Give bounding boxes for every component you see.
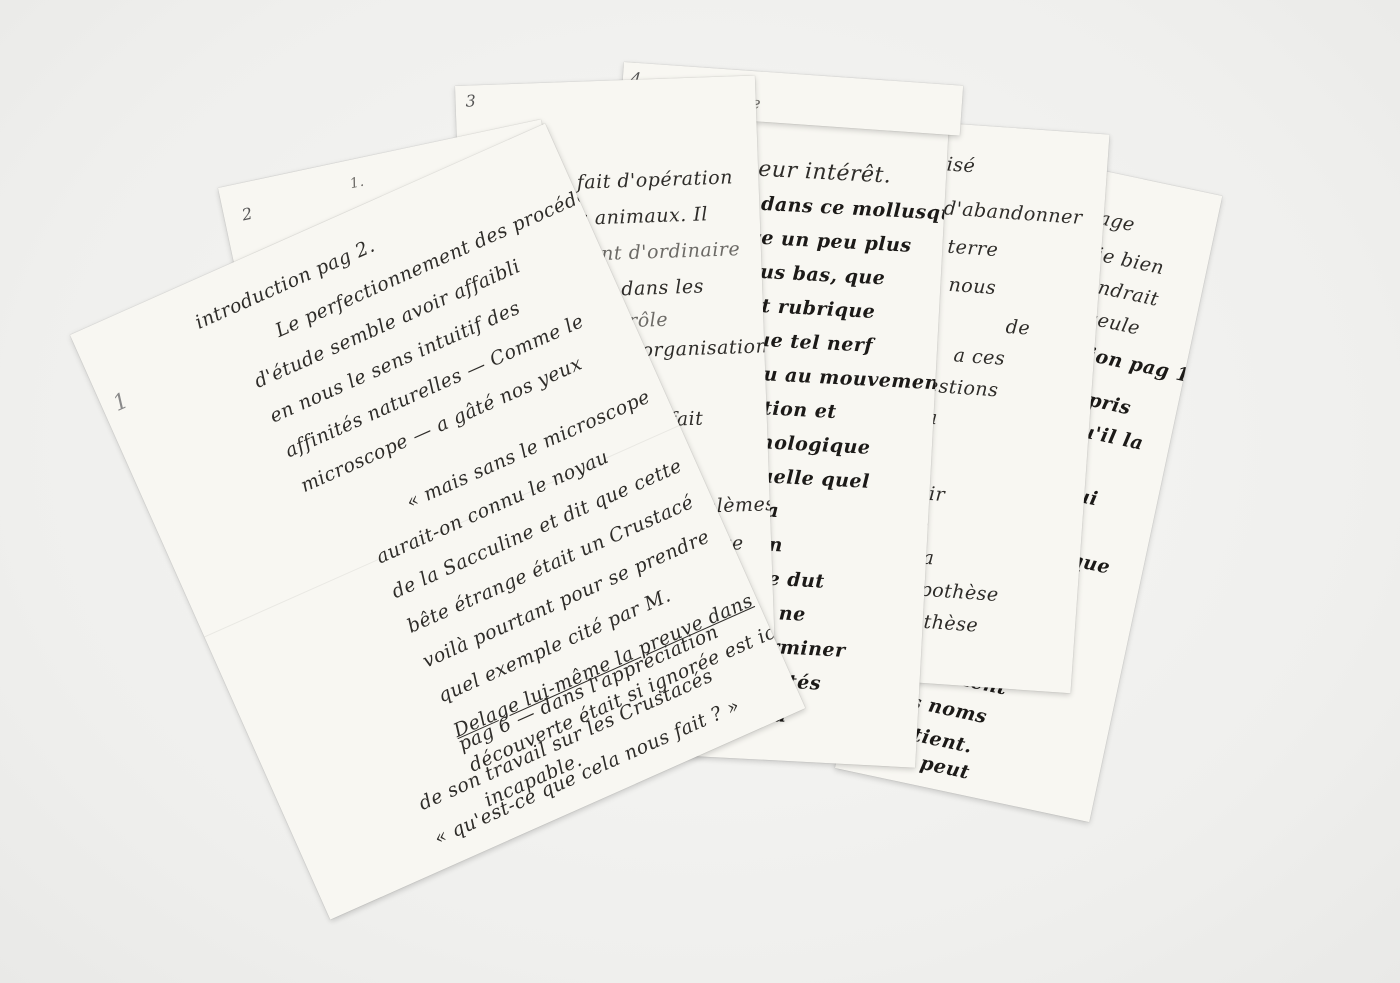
handwriting-line: nous xyxy=(948,274,997,299)
handwriting-line: a ces xyxy=(953,344,1006,370)
handwriting-line: d'abandonner xyxy=(943,197,1083,229)
handwriting-line: de xyxy=(1005,316,1031,340)
page-number: 2 xyxy=(240,204,254,225)
page-number: 1 xyxy=(109,388,132,417)
page-number: 3 xyxy=(465,91,476,110)
handwriting-line: 1. xyxy=(348,174,365,193)
handwriting-line: a fait d'opération xyxy=(558,166,733,194)
